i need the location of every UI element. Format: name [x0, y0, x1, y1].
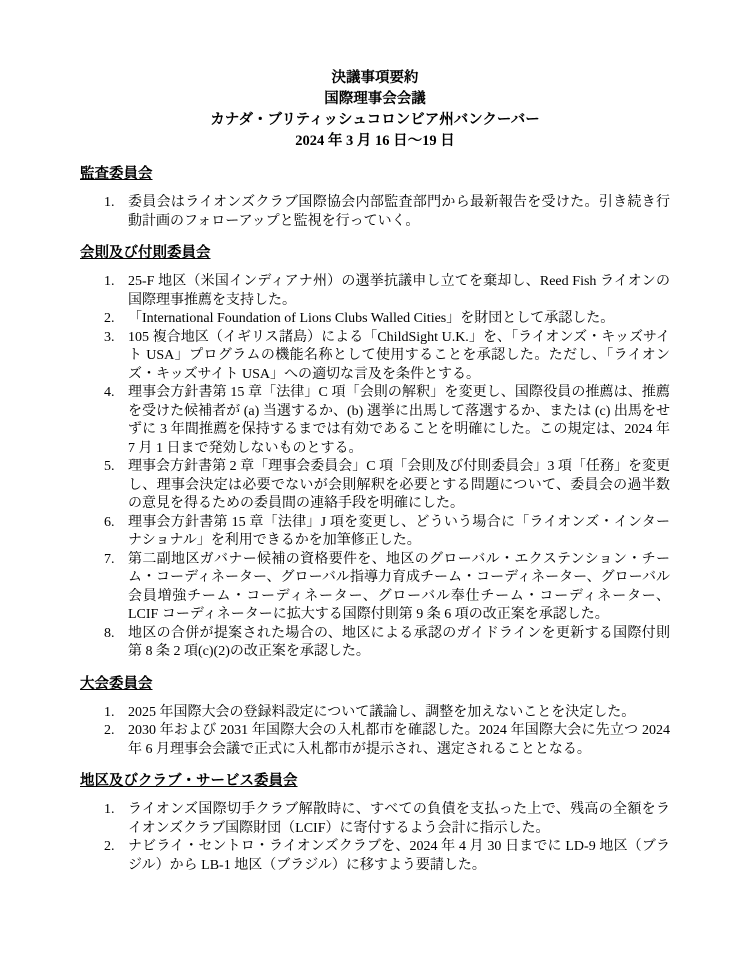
- item-number: 7.: [104, 551, 128, 625]
- item-text: ライオンズ国際切手クラブ解散時に、すべての負債を支払った上で、残高の全額をライオ…: [128, 801, 670, 838]
- item-text: 25-F 地区（米国インディアナ州）の選挙抗議申し立てを棄却し、Reed Fis…: [128, 273, 670, 310]
- item-text: ナビライ・セントロ・ライオンズクラブを、2024 年 4 月 30 日までに L…: [128, 838, 670, 875]
- resolution-list-district-club-service: 1. ライオンズ国際切手クラブ解散時に、すべての負債を支払った上で、残高の全額を…: [80, 801, 670, 875]
- item-text: 地区の合併が提案された場合の、地区による承認のガイドラインを更新する国際付則第 …: [128, 625, 670, 662]
- resolution-item: 7. 第二副地区ガバナー候補の資格要件を、地区のグローバル・エクステンション・チ…: [80, 551, 670, 625]
- resolution-item: 1. ライオンズ国際切手クラブ解散時に、すべての負債を支払った上で、残高の全額を…: [80, 801, 670, 838]
- item-number: 8.: [104, 625, 128, 662]
- item-number: 3.: [104, 329, 128, 385]
- document-subtitle-dates: 2024 年 3 月 16 日～19 日: [80, 131, 670, 152]
- item-number: 2.: [104, 838, 128, 875]
- section-heading-district-club-service: 地区及びクラブ・サービス委員会: [80, 772, 670, 791]
- resolution-item: 1. 25-F 地区（米国インディアナ州）の選挙抗議申し立てを棄却し、Reed …: [80, 273, 670, 310]
- document-subtitle-meeting: 国際理事会会議: [80, 89, 670, 110]
- resolution-item: 4. 理事会方針書第 15 章「法律」C 項「会則の解釈」を変更し、国際役員の推…: [80, 384, 670, 458]
- item-text: 理事会方針書第 15 章「法律」C 項「会則の解釈」を変更し、国際役員の推薦は、…: [128, 384, 670, 458]
- item-text: 2030 年および 2031 年国際大会の入札都市を確認した。2024 年国際大…: [128, 722, 670, 759]
- item-number: 2.: [104, 722, 128, 759]
- item-text: 委員会はライオンズクラブ国際協会内部監査部門から最新報告を受けた。引き続き行動計…: [128, 194, 670, 231]
- section-heading-audit: 監査委員会: [80, 165, 670, 184]
- item-number: 4.: [104, 384, 128, 458]
- resolution-item: 1. 2025 年国際大会の登録料設定について議論し、調整を加えないことを決定し…: [80, 704, 670, 723]
- resolution-item: 1. 委員会はライオンズクラブ国際協会内部監査部門から最新報告を受けた。引き続き…: [80, 194, 670, 231]
- resolution-list-audit: 1. 委員会はライオンズクラブ国際協会内部監査部門から最新報告を受けた。引き続き…: [80, 194, 670, 231]
- resolution-item: 6. 理事会方針書第 15 章「法律」J 項を変更し、どういう場合に「ライオンズ…: [80, 514, 670, 551]
- resolution-list-constitution-bylaws: 1. 25-F 地区（米国インディアナ州）の選挙抗議申し立てを棄却し、Reed …: [80, 273, 670, 662]
- section-heading-convention: 大会委員会: [80, 675, 670, 694]
- section-audit-committee: 監査委員会 1. 委員会はライオンズクラブ国際協会内部監査部門から最新報告を受け…: [80, 165, 670, 231]
- resolution-item: 5. 理事会方針書第 2 章「理事会委員会」C 項「会則及び付則委員会」3 項「…: [80, 458, 670, 514]
- item-number: 1.: [104, 801, 128, 838]
- section-constitution-bylaws-committee: 会則及び付則委員会 1. 25-F 地区（米国インディアナ州）の選挙抗議申し立て…: [80, 244, 670, 662]
- item-number: 1.: [104, 704, 128, 723]
- item-text: 「International Foundation of Lions Clubs…: [128, 310, 670, 329]
- item-text: 理事会方針書第 15 章「法律」J 項を変更し、どういう場合に「ライオンズ・イン…: [128, 514, 670, 551]
- item-number: 2.: [104, 310, 128, 329]
- resolution-item: 2. 2030 年および 2031 年国際大会の入札都市を確認した。2024 年…: [80, 722, 670, 759]
- section-heading-constitution-bylaws: 会則及び付則委員会: [80, 244, 670, 263]
- resolution-item: 2. 「International Foundation of Lions Cl…: [80, 310, 670, 329]
- resolution-item: 2. ナビライ・セントロ・ライオンズクラブを、2024 年 4 月 30 日まで…: [80, 838, 670, 875]
- item-number: 1.: [104, 194, 128, 231]
- item-text: 2025 年国際大会の登録料設定について議論し、調整を加えないことを決定した。: [128, 704, 670, 723]
- item-text: 第二副地区ガバナー候補の資格要件を、地区のグローバル・エクステンション・チーム・…: [128, 551, 670, 625]
- document-title: 決議事項要約: [80, 68, 670, 89]
- section-convention-committee: 大会委員会 1. 2025 年国際大会の登録料設定について議論し、調整を加えない…: [80, 675, 670, 760]
- item-text: 105 複合地区（イギリス諸島）による「ChildSight U.K.」を、「ラ…: [128, 329, 670, 385]
- resolution-list-convention: 1. 2025 年国際大会の登録料設定について議論し、調整を加えないことを決定し…: [80, 704, 670, 760]
- item-text: 理事会方針書第 2 章「理事会委員会」C 項「会則及び付則委員会」3 項「任務」…: [128, 458, 670, 514]
- document-title-block: 決議事項要約 国際理事会会議 カナダ・ブリティッシュコロンビア州バンクーバー 2…: [80, 68, 670, 152]
- item-number: 6.: [104, 514, 128, 551]
- document-subtitle-location: カナダ・ブリティッシュコロンビア州バンクーバー: [80, 110, 670, 131]
- item-number: 1.: [104, 273, 128, 310]
- resolution-item: 3. 105 複合地区（イギリス諸島）による「ChildSight U.K.」を…: [80, 329, 670, 385]
- item-number: 5.: [104, 458, 128, 514]
- resolution-item: 8. 地区の合併が提案された場合の、地区による承認のガイドラインを更新する国際付…: [80, 625, 670, 662]
- document-page: 決議事項要約 国際理事会会議 カナダ・ブリティッシュコロンビア州バンクーバー 2…: [0, 0, 750, 972]
- section-district-club-service-committee: 地区及びクラブ・サービス委員会 1. ライオンズ国際切手クラブ解散時に、すべての…: [80, 772, 670, 875]
